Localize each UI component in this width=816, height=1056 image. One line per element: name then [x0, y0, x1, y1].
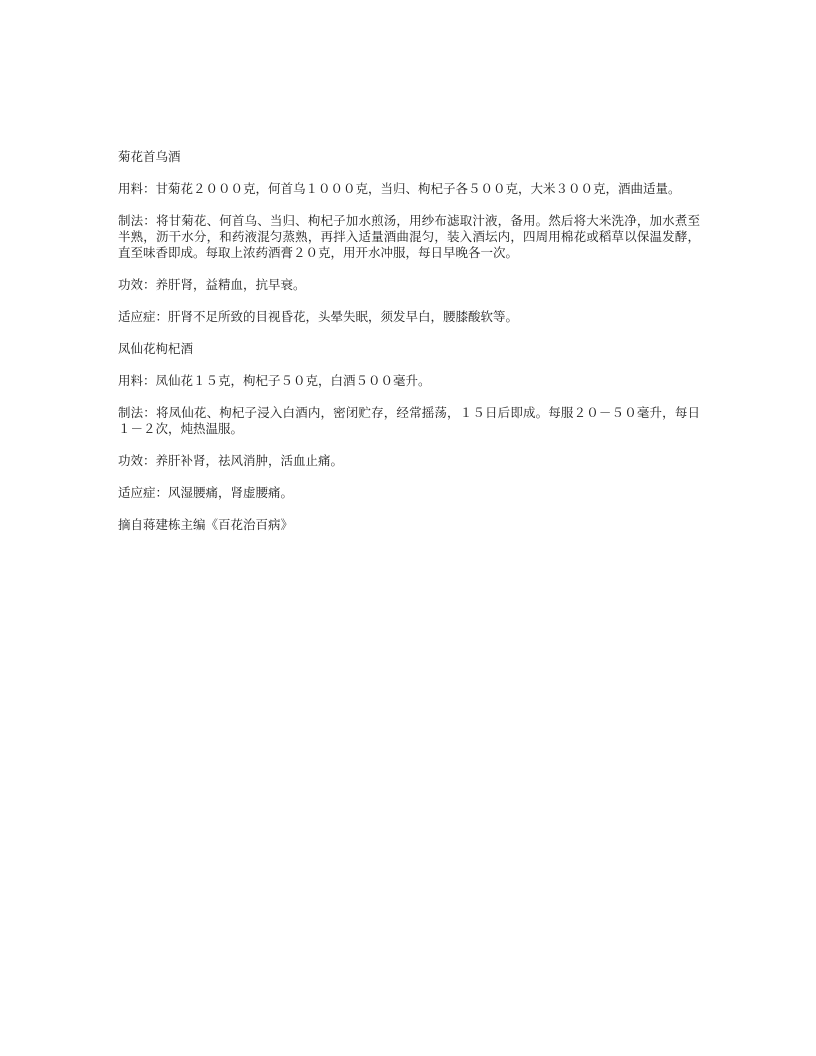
indications-paragraph: 适应症：肝肾不足所致的目视昏花，头晕失眠，须发早白，腰膝酸软等。	[118, 309, 700, 325]
section-title: 凤仙花枸杞酒	[118, 341, 700, 357]
method-paragraph: 制法：将凤仙花、枸杞子浸入白酒内，密闭贮存，经常摇荡，１５日后即成。每服２０－５…	[118, 405, 700, 437]
efficacy-paragraph: 功效：养肝补肾，祛风消肿，活血止痛。	[118, 453, 700, 469]
method-paragraph: 制法：将甘菊花、何首乌、当归、枸杞子加水煎汤，用纱布滤取汁液，备用。然后将大米洗…	[118, 213, 700, 261]
source-citation: 摘自蒋建栋主编《百花治百病》	[118, 517, 700, 533]
section-title: 菊花首乌酒	[118, 149, 700, 165]
efficacy-paragraph: 功效：养肝肾，益精血，抗早衰。	[118, 277, 700, 293]
ingredients-paragraph: 用料：凤仙花１５克，枸杞子５０克，白酒５００毫升。	[118, 373, 700, 389]
document-page: 菊花首乌酒 用料：甘菊花２０００克，何首乌１０００克，当归、枸杞子各５００克，大…	[118, 149, 700, 549]
indications-paragraph: 适应症：风湿腰痛，肾虚腰痛。	[118, 485, 700, 501]
ingredients-paragraph: 用料：甘菊花２０００克，何首乌１０００克，当归、枸杞子各５００克，大米３００克，…	[118, 181, 700, 197]
